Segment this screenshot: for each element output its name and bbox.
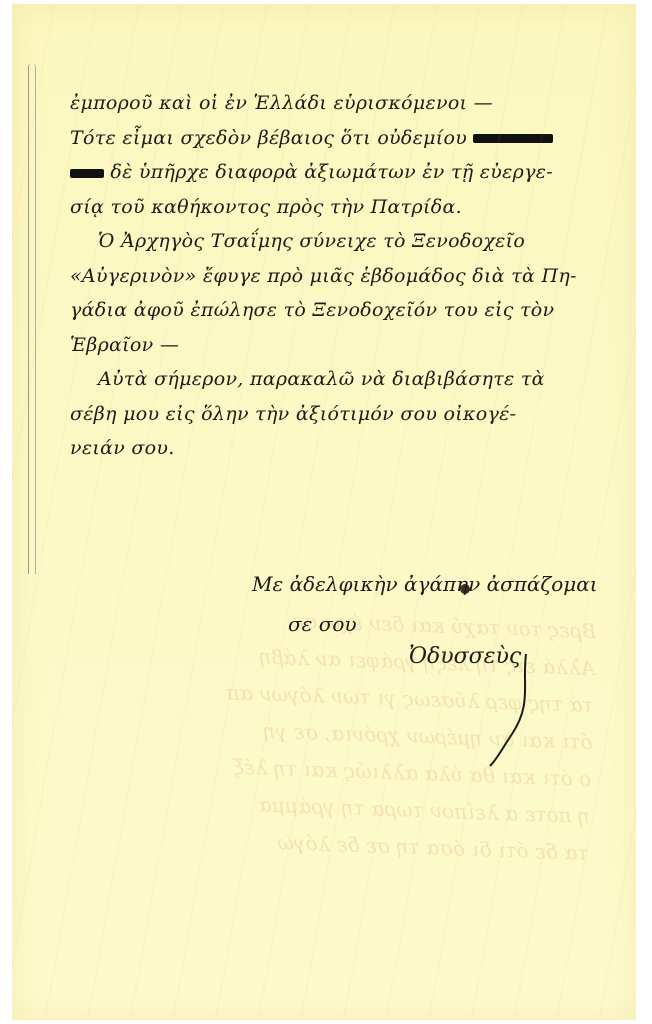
letter-page: Βρες τον ταχύ και δεν έχω σε Αλλά εις τη… xyxy=(12,4,636,1020)
struck-out-word xyxy=(473,134,553,143)
body-line: σέβη μου εἰς ὅλην τὴν ἀξιότιμόν σου οἰκο… xyxy=(70,397,650,432)
letter-body: ἐμποροῦ καὶ οἱ ἐν Ἑλλάδι εὑρισκόμενοι — … xyxy=(70,86,650,466)
body-line: γάδια ἀφοῦ ἐπώλησε τὸ Ξενοδοχεῖόν του εἰ… xyxy=(70,293,650,328)
margin-fold-line xyxy=(28,64,36,574)
body-line: Ἑβραῖον — xyxy=(70,328,650,363)
body-line: σίᾳ τοῦ καθήκοντος πρὸς τὴν Πατρίδα. xyxy=(70,190,650,225)
body-line: δὲ ὑπῆρχε διαφορὰ ἀξιωμάτων ἐν τῇ εὐεργε… xyxy=(70,155,650,190)
closing-salutation: Με ἀδελφικὴν ἀγάπην ἀσπάζομαι σε σου xyxy=(252,564,598,644)
body-line: Τότε εἶμαι σχεδὸν βέβαιος ὅτι οὐδεμίου xyxy=(70,121,650,156)
closing-line-1: Με ἀδελφικὴν ἀγάπην ἀσπάζομαι xyxy=(252,564,598,604)
body-line: Ὁ Ἀρχηγὸς Τσαΐμης σύνειχε τὸ Ξενοδοχεῖο xyxy=(70,224,650,259)
body-line: ἐμποροῦ καὶ οἱ ἐν Ἑλλάδι εὑρισκόμενοι — xyxy=(70,86,650,121)
body-line: «Αὐγερινὸν» ἔφυγε πρὸ μιᾶς ἑβδομάδος διὰ… xyxy=(70,259,650,294)
signature-flourish xyxy=(482,654,542,774)
struck-out-word xyxy=(70,169,104,178)
body-line: Αὐτὰ σήμερον, παρακαλῶ νὰ διαβιβάσητε τὰ xyxy=(70,362,650,397)
closing-line-2: σε σου xyxy=(252,604,598,644)
body-line: νειάν σου. xyxy=(70,431,650,466)
